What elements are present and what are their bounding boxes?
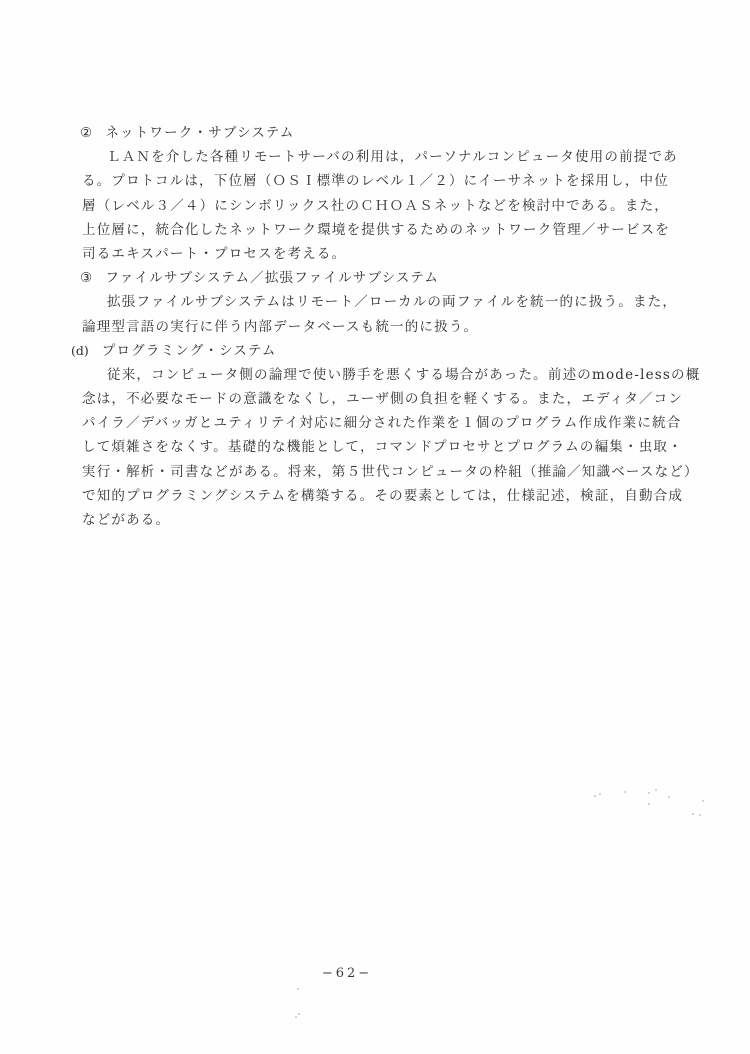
text-line: 層（レベル３／４）にシンボリックス社のＣＨＯＡＳネットなどを検討中である。また， [80,194,720,218]
text-line: 従来，コンピュータ側の論理で使い勝手を悪くする場合があった。前述のmode-le… [80,363,720,387]
text-line: 念は，不必要なモードの意識をなくし，ユーザ側の負担を軽くする。また，エディタ／コ… [80,387,720,411]
section-marker: (d) [71,339,89,363]
section-heading-label: プログラミング・システム [102,343,277,359]
text-line: パイラ／デバッガとユティリテイ対応に細分された作業を１個のプログラム作成作業に統… [80,411,720,435]
section-heading: ③ファイルサブシステム／拡張ファイルサブシステム [80,266,720,290]
text-line: 論理型言語の実行に伴う内部データベースも統一的に扱う。 [80,315,720,339]
section-marker: ② [80,121,93,145]
text-line: 拡張ファイルサブシステムはリモート／ローカルの両ファイルを統一的に扱う。また， [80,290,720,314]
section-heading-label: ネットワーク・サブシステム [105,125,294,141]
text-line: る。プロトコルは，下位層（ＯＳＩ標準のレベル１／２）にイーサネットを採用し，中位 [80,169,720,193]
text-line: 司るエキスパート・プロセスを考える。 [80,242,720,266]
section-marker: ③ [80,266,93,290]
text-line: などがある。 [80,508,720,532]
document-text-block: ②ネットワーク・サブシステム ＬＡＮを介した各種リモートサーバの利用は，パーソナ… [80,121,720,532]
text-line: ＬＡＮを介した各種リモートサーバの利用は，パーソナルコンピュータ使用の前提であ [80,145,720,169]
text-line: 上位層に，統合化したネットワーク環境を提供するためのネットワーク管理／サービスを [80,218,720,242]
section-heading-label: ファイルサブシステム／拡張ファイルサブシステム [105,270,439,286]
page-number: −62− [0,966,694,981]
text-line: で知的プログラミングシステムを構築する。その要素としては，仕様記述，検証，自動合… [80,484,720,508]
text-line: して煩雑さをなくす。基礎的な機能として，コマンドプロセサとプログラムの編集・虫取… [80,435,720,459]
section-heading: ②ネットワーク・サブシステム [80,121,720,145]
section-heading: (d)プログラミング・システム [71,339,720,363]
scanned-document-page: ②ネットワーク・サブシステム ＬＡＮを介した各種リモートサーバの利用は，パーソナ… [0,0,750,1054]
text-line: 実行・解析・司書などがある。将来，第５世代コンピュータの枠組（推論／知識ベースな… [80,460,720,484]
